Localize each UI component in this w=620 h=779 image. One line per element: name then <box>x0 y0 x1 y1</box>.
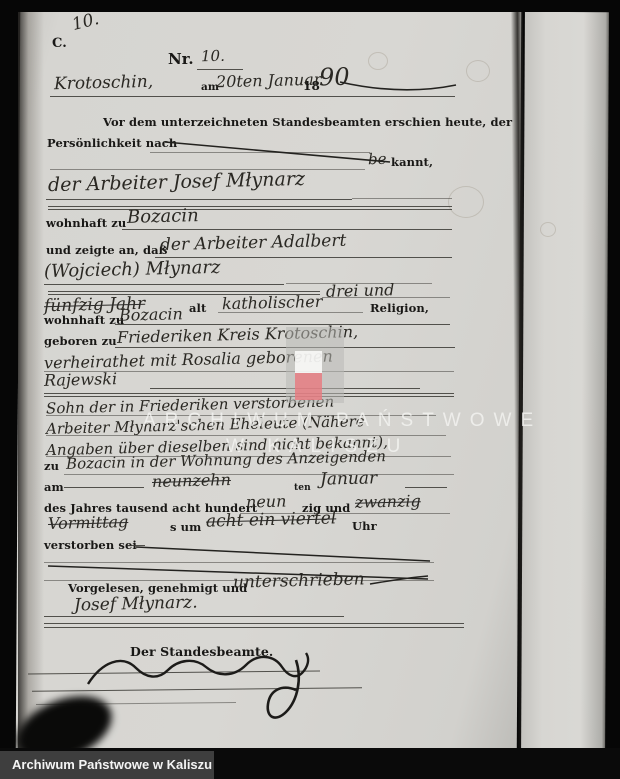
next-page-edge <box>521 12 609 758</box>
hw-residence-1: Bozacin <box>127 205 199 228</box>
printed-uhr: Uhr <box>352 519 377 533</box>
archive-watermark-logo-white-block <box>295 351 322 373</box>
form-rule <box>44 562 434 563</box>
printed-intro-line2: Persönlichkeit nach <box>47 136 177 150</box>
form-rule <box>322 297 450 298</box>
form-rule <box>122 229 452 230</box>
archive-watermark-text-line2: W KALISZU <box>226 436 409 458</box>
form-rule <box>48 206 452 207</box>
form-rule <box>127 545 145 546</box>
form-rule <box>50 96 455 97</box>
form-rule <box>44 627 464 628</box>
archive-watermark-text-line1: ARCHIWUM PAŃSTWOWE <box>143 410 542 432</box>
form-rule <box>44 284 284 285</box>
hw-year-part2: zwanzig <box>355 491 421 512</box>
hw-year-part1: neun <box>246 492 287 512</box>
paper-stain <box>448 186 484 218</box>
form-rule <box>150 388 420 389</box>
year-handwritten: 90 <box>319 63 350 92</box>
scanned-document-viewer: 10. C. Nr. 10. Krotoschin, am 20ten Janu… <box>0 0 620 779</box>
archive-name-label: Archiwum Państwowe w Kaliszu <box>0 751 214 779</box>
printed-der-standesbeamte: Der Standesbeamte. <box>130 644 273 659</box>
corner-letter: C. <box>52 36 67 51</box>
printed-alt: alt <box>189 301 206 315</box>
form-rule <box>44 623 464 624</box>
printed-wohnhaft-zu-2: wohnhaft zu <box>44 313 124 327</box>
paper-stain <box>466 60 490 82</box>
printed-verstorben-sei: verstorben sei <box>44 538 137 552</box>
hw-informant-signature: Josef Młynarz. <box>74 592 198 615</box>
hw-be: be <box>368 150 387 168</box>
printed-intro-line1: Vor dem unterzeichneten Standesbeamten e… <box>103 115 512 129</box>
form-rule <box>44 616 344 617</box>
hw-death-month: Januar <box>320 468 378 489</box>
year-printed-prefix: 18 <box>303 79 320 93</box>
printed-geboren-zu: geboren zu <box>44 334 117 348</box>
printed-zu: zu <box>44 459 59 473</box>
printed-wohnhaft-zu-1: wohnhaft zu <box>46 216 126 230</box>
archive-watermark-logo-red-block <box>295 373 322 400</box>
form-rule <box>48 209 452 210</box>
form-rule <box>150 152 370 153</box>
hw-marriage-line2: Rajewski <box>44 369 118 390</box>
archive-name-badge: Archiwum Państwowe w Kaliszu <box>0 751 214 779</box>
hw-unterschrieben: unterschrieben <box>233 569 365 592</box>
printed-kannt: kannt, <box>391 155 433 169</box>
record-number-value: 10. <box>201 47 225 66</box>
hw-residence-2: Bozacin <box>119 304 183 325</box>
form-rule <box>352 198 452 199</box>
paper-stain <box>368 52 388 70</box>
form-rule <box>64 487 144 488</box>
record-number-label: Nr. <box>168 50 194 68</box>
form-rule <box>197 69 243 70</box>
paper-stain <box>540 222 556 237</box>
printed-religion: Religion, <box>370 301 429 315</box>
printed-s-um: s um <box>170 520 201 534</box>
printed-zeigte-an: und zeigte an, daß <box>46 243 168 257</box>
page-stack-edge <box>18 10 44 754</box>
hw-time-value: acht ein viertel <box>206 508 337 531</box>
printed-ten: ten <box>294 483 311 493</box>
record-place: Krotoschin, <box>54 72 154 94</box>
form-rule <box>405 487 447 488</box>
hw-religion: katholischer <box>222 292 323 313</box>
hw-time-of-day: Vormittag <box>48 512 129 533</box>
form-rule <box>46 199 352 200</box>
form-rule <box>64 474 454 475</box>
printed-am-2: am <box>44 480 64 494</box>
hw-deceased-name-2: (Wojciech) Młynarz <box>44 257 221 282</box>
form-rule <box>218 312 363 313</box>
hw-death-day: neunzehn <box>152 470 231 491</box>
